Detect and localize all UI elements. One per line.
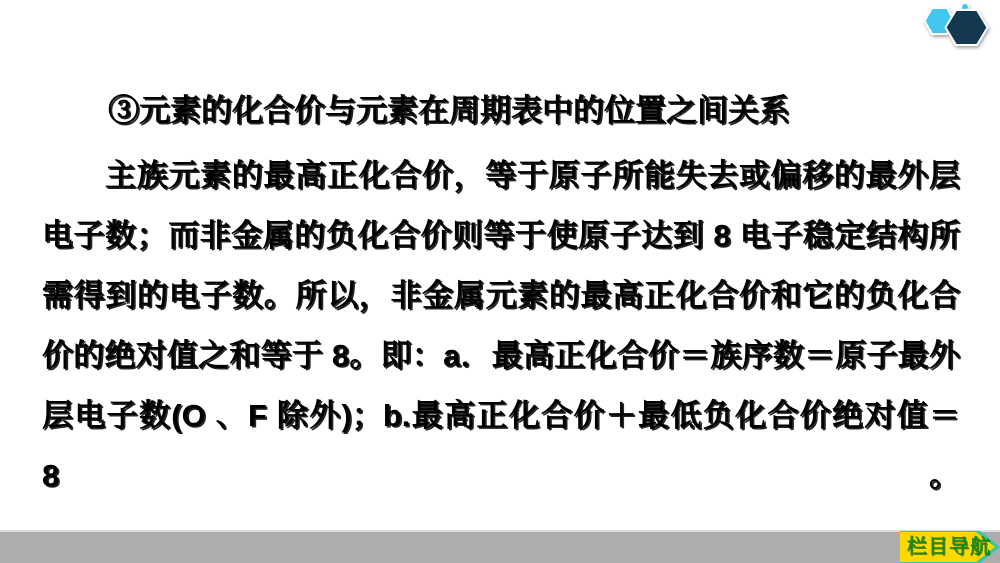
dark-hexagon <box>946 10 988 45</box>
column-navigation-button[interactable]: 栏目导航 <box>900 531 1000 563</box>
paragraph-line: 需得到的电子数。所以，非金属元素的最高正化合价和它的负化合 <box>42 266 960 326</box>
paragraph-line: 电子数；而非金属的负化合价则等于使原子达到 8 电子稳定结构所 <box>42 206 960 266</box>
slide-text-block: ③元素的化合价与元素在周期表中的位置之间关系 主族元素的最高正化合价，等于原子所… <box>42 81 960 446</box>
body-paragraph: 主族元素的最高正化合价，等于原子所能失去或偏移的最外层 电子数；而非金属的负化合… <box>42 146 960 446</box>
nav-button-label: 栏目导航 <box>907 531 991 563</box>
slide-background: ③元素的化合价与元素在周期表中的位置之间关系 主族元素的最高正化合价，等于原子所… <box>0 0 1000 563</box>
paragraph-line: 主族元素的最高正化合价，等于原子所能失去或偏移的最外层 <box>42 146 960 206</box>
footer-bar <box>0 530 1000 563</box>
hexagon-logo-icon <box>919 2 994 48</box>
paragraph-line: 层电子数(O 、F 除外)；b.最高正化合价＋最低负化合价绝对值＝8。 <box>42 386 960 446</box>
page-title: ③元素的化合价与元素在周期表中的位置之间关系 <box>42 81 960 141</box>
paragraph-line: 价的绝对值之和等于 8。即：a．最高正化合价＝族序数＝原子最外 <box>42 326 960 386</box>
